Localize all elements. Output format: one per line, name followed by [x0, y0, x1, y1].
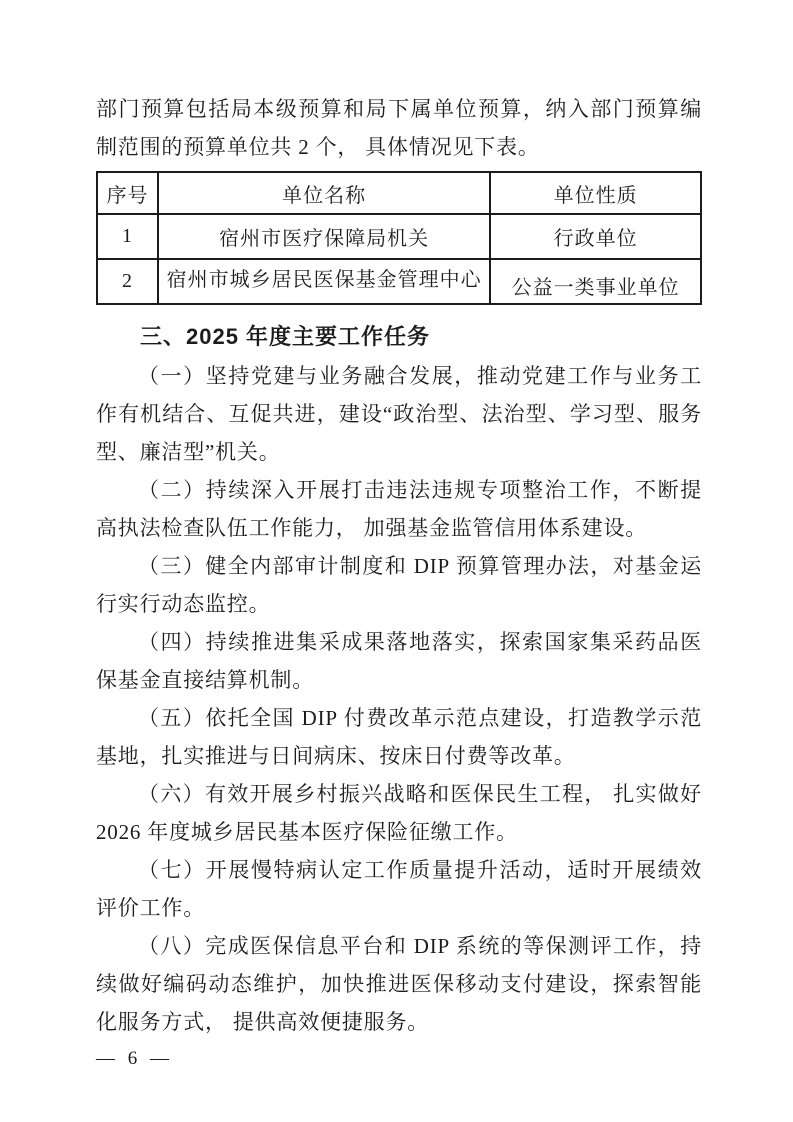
- task-paragraph: （一）坚持党建与业务融合发展，推动党建工作与业务工作有机结合、互促共进，建设“政…: [96, 357, 702, 471]
- document-page: 部门预算包括局本级预算和局下属单位预算，纳入部门预算编制范围的预算单位共 2 个…: [0, 0, 793, 1122]
- task-paragraph: （五）依托全国 DIP 付费改革示范点建设，打造教学示范基地，扎实推进与日间病床…: [96, 699, 702, 775]
- section-heading: 三、2025 年度主要工作任务: [96, 317, 702, 357]
- table-row: 2 宿州市城乡居民医保基金管理中心 公益一类事业单位: [97, 259, 701, 304]
- task-paragraph: （二）持续深入开展打击违法违规专项整治工作，不断提高执法检查队伍工作能力， 加强…: [96, 471, 702, 547]
- table-header-cell: 序号: [97, 172, 158, 214]
- budget-units-table: 序号 单位名称 单位性质 1 宿州市医疗保障局机关 行政单位: [96, 171, 702, 305]
- table-header-cell: 单位名称: [158, 172, 490, 214]
- table-row: 1 宿州市医疗保障局机关 行政单位: [97, 214, 701, 259]
- intro-paragraph: 部门预算包括局本级预算和局下属单位预算，纳入部门预算编制范围的预算单位共 2 个…: [96, 90, 702, 166]
- cell-serial-number: 2: [97, 259, 158, 304]
- task-paragraph: （三）健全内部审计制度和 DIP 预算管理办法，对基金运行实行动态监控。: [96, 547, 702, 623]
- table-header-row: 序号 单位名称 单位性质: [97, 172, 701, 214]
- task-paragraph: （四）持续推进集采成果落地落实，探索国家集采药品医保基金直接结算机制。: [96, 623, 702, 699]
- cell-serial-number: 1: [97, 214, 158, 259]
- cell-unit-name: 宿州市城乡居民医保基金管理中心: [158, 259, 490, 304]
- task-list: （一）坚持党建与业务融合发展，推动党建工作与业务工作有机结合、互促共进，建设“政…: [96, 357, 702, 1041]
- page-number: — 6 —: [96, 1048, 173, 1070]
- task-paragraph: （八）完成医保信息平台和 DIP 系统的等保测评工作，持续做好编码动态维护，加快…: [96, 927, 702, 1041]
- task-paragraph: （七）开展慢特病认定工作质量提升活动，适时开展绩效评价工作。: [96, 851, 702, 927]
- task-paragraph: （六）有效开展乡村振兴战略和医保民生工程， 扎实做好 2026 年度城乡居民基本…: [96, 775, 702, 851]
- page-content: 部门预算包括局本级预算和局下属单位预算，纳入部门预算编制范围的预算单位共 2 个…: [96, 90, 702, 1041]
- cell-unit-name: 宿州市医疗保障局机关: [158, 214, 490, 259]
- table-body: 1 宿州市医疗保障局机关 行政单位 2 宿州市城乡居民医保基金管理中心 公益一类…: [97, 214, 701, 304]
- table-header: 序号 单位名称 单位性质: [97, 172, 701, 214]
- table-header-cell: 单位性质: [490, 172, 701, 214]
- cell-unit-nature: 行政单位: [490, 214, 701, 259]
- cell-unit-nature: 公益一类事业单位: [490, 259, 701, 304]
